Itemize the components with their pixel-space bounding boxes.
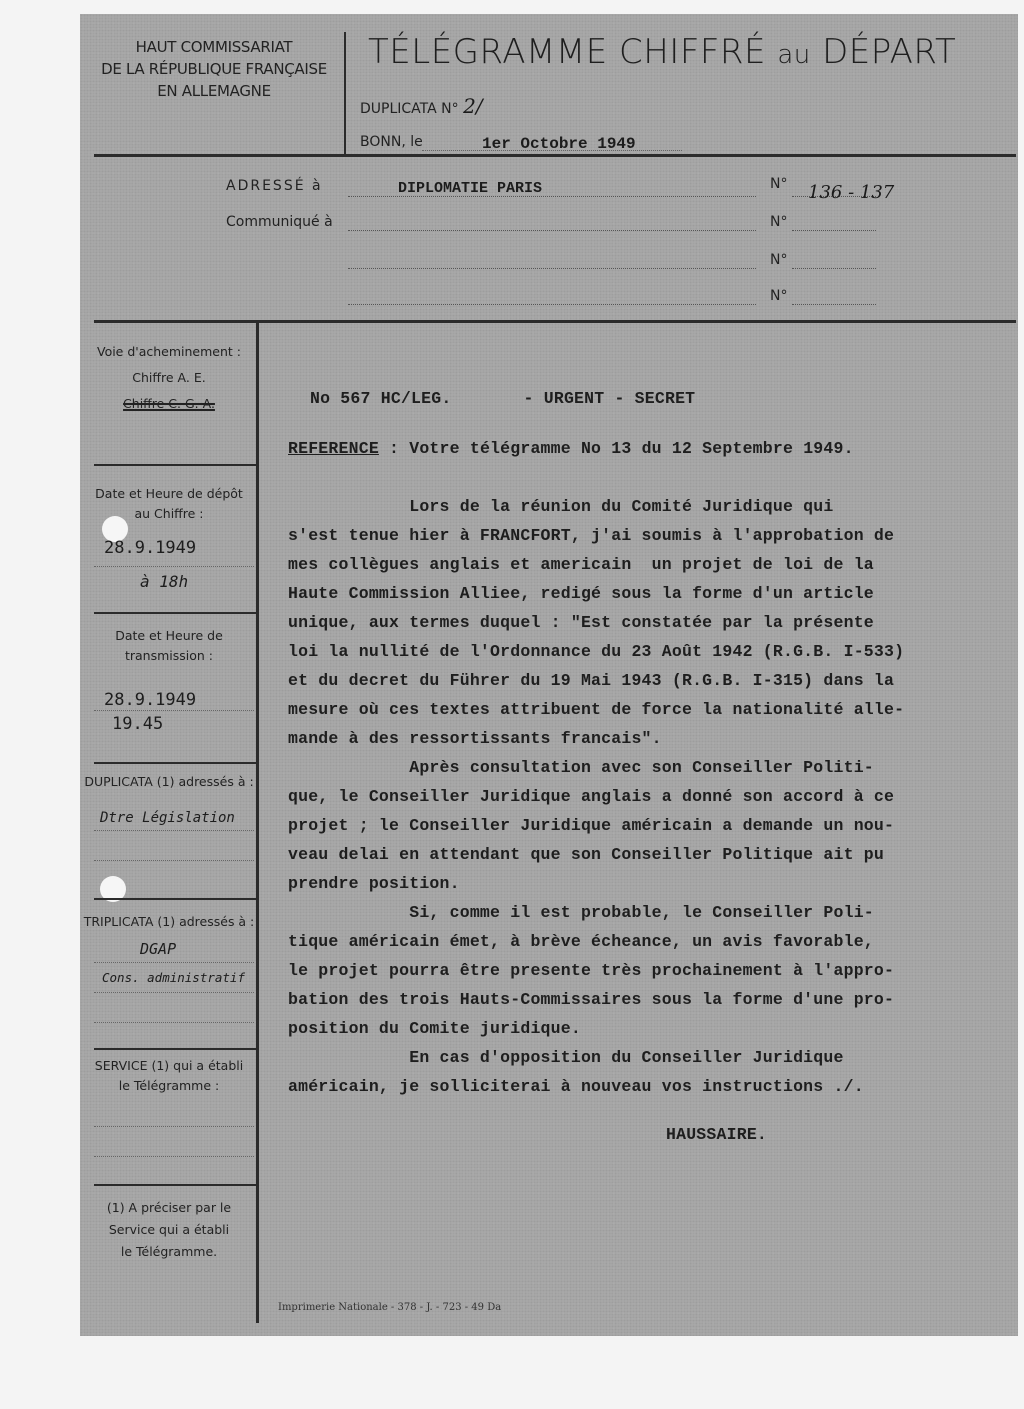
body-line: s'est tenue hier à FRANCFORT, j'ai soumi… [288,521,1008,550]
message-priority: - URGENT - SECRET [524,389,696,408]
service-label: le Télégramme : [80,1076,258,1096]
reference-text: : Votre télégramme No 13 du 12 Septembre… [379,439,854,458]
body-line: unique, aux termes duquel : "Est constat… [288,608,1008,637]
no-line [792,230,876,231]
body-line: américain, je solliciterai à nouveau vos… [288,1072,1008,1101]
communique-label: Communiqué à [226,214,333,230]
body-line: projet ; le Conseiller Juridique américa… [288,811,1008,840]
signature: HAUSSAIRE. [666,1120,866,1149]
triplicata-label: TRIPLICATA (1) adressés à : [80,912,258,932]
transmission-label: Date et Heure de [80,626,258,646]
body-line: loi la nullité de l'Ordonnance du 23 Aoû… [288,637,1008,666]
body-line: tique américain émet, à brève écheance, … [288,927,1008,956]
message-body: Lors de la réunion du Comité Juridique q… [288,492,1008,1101]
title-au: au [777,40,810,70]
body-line: mande à des ressortissants francais". [288,724,1008,753]
date-value: 1er Octobre 1949 [482,135,636,153]
sidebar-rule [94,898,256,900]
depot-label: Date et Heure de dépôt [80,484,258,504]
body-line: Si, comme il est probable, le Conseiller… [288,898,1008,927]
message-header: No 567 HC/LEG. - URGENT - SECRET [288,384,1008,413]
body-line: Après consultation avec son Conseiller P… [288,753,1008,782]
sidebar-rule [94,1184,256,1186]
body-line: position du Comite juridique. [288,1014,1008,1043]
telegram-form: HAUT COMMISSARIAT DE LA RÉPUBLIQUE FRANÇ… [80,14,1018,1336]
triplicata-line [94,1022,254,1023]
communique-line [348,230,756,231]
depot-line [94,566,254,567]
body-line: que, le Conseiller Juridique anglais a d… [288,782,1008,811]
header-divider [344,32,346,156]
triplicata-line [94,992,254,993]
triplicata-recipient: DGAP [140,940,176,958]
voie-option-struck: Chiffre C. G. A. [80,394,258,414]
depot-date: 28.9.1949 [104,538,196,558]
duplicata-line [94,860,254,861]
body-line: et du decret du Führer du 19 Mai 1943 (R… [288,666,1008,695]
sidebar-rule [94,762,256,764]
issuer-block: HAUT COMMISSARIAT DE LA RÉPUBLIQUE FRANÇ… [90,36,338,102]
duplicata-recipient: Dtre Législation [100,810,235,826]
triplicata-line [94,962,254,963]
body-line: le projet pourra être presente très proc… [288,956,1008,985]
depot-time: à 18h [140,572,188,591]
body-line: mesure où ces textes attribuent de force… [288,695,1008,724]
telegram-numbers: 136 - 137 [808,182,894,203]
title-end: DÉPART [822,32,956,72]
sidebar-rule [94,1048,256,1050]
body-line: mes collègues anglais et americain un pr… [288,550,1008,579]
sidebar-rule [94,612,256,614]
body-line: En cas d'opposition du Conseiller Juridi… [288,1043,1008,1072]
duplicata-line [94,830,254,831]
adresse-label: ADRESSÉ à [226,178,323,194]
address-rule [94,320,1016,323]
no-line [792,304,876,305]
communique-line [348,268,756,269]
body-line: veau delai en attendant que son Conseill… [288,840,1008,869]
transmission-time: 19.45 [112,714,163,734]
service-line [94,1156,254,1157]
no-label: N° [770,252,787,268]
duplicata-sidebar-label: DUPLICATA (1) adressés à : [80,772,258,792]
body-line: Lors de la réunion du Comité Juridique q… [288,492,1008,521]
triplicata-recipient: Cons. administratif [102,970,245,985]
body-line: bation des trois Hauts-Commissaires sous… [288,985,1008,1014]
body-line: prendre position. [288,869,1008,898]
no-label: N° [770,288,787,304]
message-reference: REFERENCE : Votre télégramme No 13 du 12… [288,434,1008,463]
issuer-line: DE LA RÉPUBLIQUE FRANÇAISE [90,58,338,80]
communique-line [348,304,756,305]
footnote: le Télégramme. [80,1242,258,1262]
issuer-line: HAUT COMMISSARIAT [90,36,338,58]
no-label: N° [770,214,787,230]
duplicata-value: 2/ [463,94,482,118]
voie-label: Voie d'acheminement : [80,342,258,362]
footnote: Service qui a établi [80,1220,258,1240]
issuer-line: EN ALLEMAGNE [90,80,338,102]
form-title: TÉLÉGRAMME CHIFFRÉ au DÉPART [368,32,956,72]
body-line: Haute Commission Alliee, redigé sous la … [288,579,1008,608]
reference-label: REFERENCE [288,439,379,458]
header-rule [94,154,1016,157]
sidebar-rule [94,464,256,466]
service-label: SERVICE (1) qui a établi [80,1056,258,1076]
title-main: TÉLÉGRAMME CHIFFRÉ [368,32,766,72]
duplicata-number: DUPLICATA N° 2/ [360,94,483,118]
footnote: (1) A préciser par le [80,1198,258,1218]
service-line [94,1126,254,1127]
printer-imprint: Imprimerie Nationale - 378 - J. - 723 - … [278,1302,501,1313]
voie-option: Chiffre A. E. [80,368,258,388]
sidebar-divider [256,323,259,1323]
transmission-line [94,710,254,711]
duplicata-label: DUPLICATA N° [360,101,459,117]
transmission-label: transmission : [80,646,258,666]
message-number: No 567 HC/LEG. [310,389,451,408]
place-label: BONN, le [360,134,423,150]
no-label: N° [770,176,787,192]
transmission-date: 28.9.1949 [104,690,196,710]
no-line [792,268,876,269]
adresse-value: DIPLOMATIE PARIS [398,180,542,197]
